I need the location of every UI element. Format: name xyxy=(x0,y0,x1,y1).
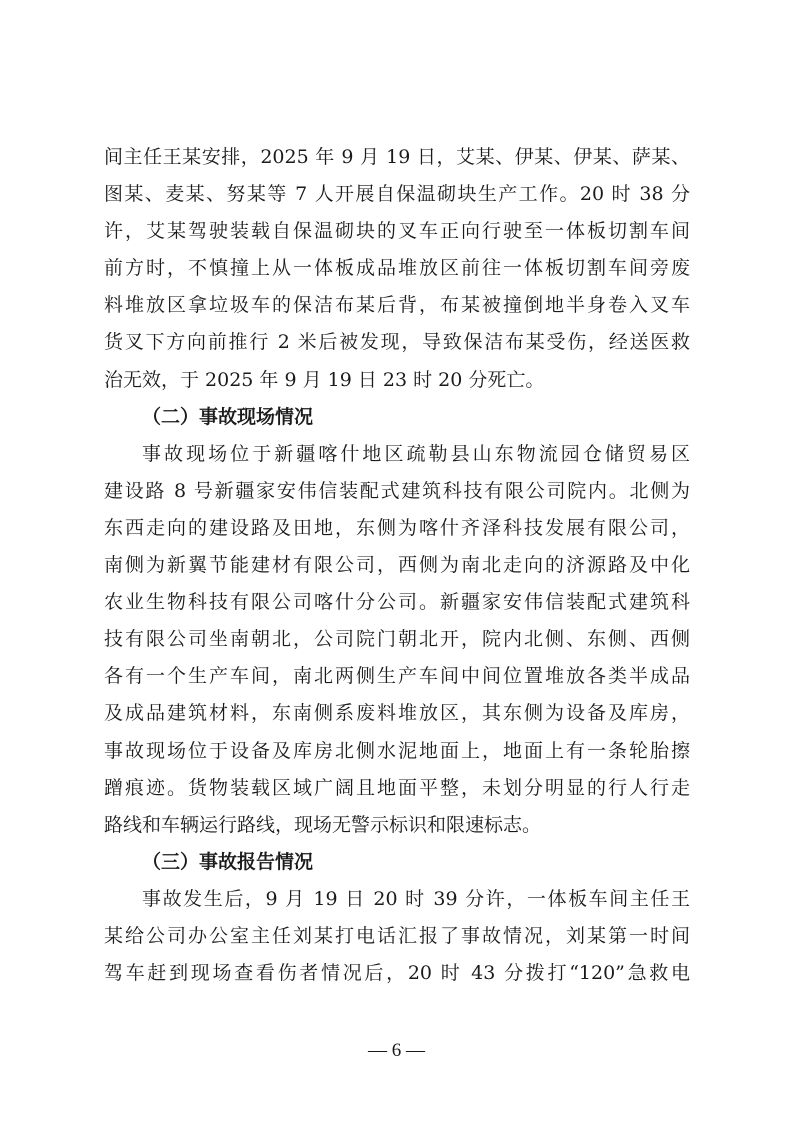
page-number: — 6 — xyxy=(0,1040,793,1062)
text-line: 南侧为新翼节能建材有限公司，西侧为南北走向的济源路及中化 xyxy=(104,547,690,584)
section-heading-report: （三）事故报告情况 xyxy=(104,844,690,881)
text-line: 各有一个生产车间，南北两侧生产车间中间位置堆放各类半成品 xyxy=(104,658,690,695)
text-line: 驾车赶到现场查看伤者情况后，20 时 43 分拨打“120”急救电 xyxy=(104,955,690,992)
text-line: 前方时，不慎撞上从一体板成品堆放区前往一体板切割车间旁废 xyxy=(104,250,690,287)
text-line: 事故现场位于设备及库房北侧水泥地面上，地面上有一条轮胎擦 xyxy=(104,733,690,770)
text-line: 蹭痕迹。货物装载区域广阔且地面平整，未划分明显的行人行走 xyxy=(104,770,690,807)
accident-scene-paragraph: 事故现场位于新疆喀什地区疏勒县山东物流园仓储贸易区 建设路 8 号新疆家安伟信装… xyxy=(104,436,690,844)
text-line: 东西走向的建设路及田地，东侧为喀什齐泽科技发展有限公司， xyxy=(104,510,690,547)
text-line: 图某、麦某、努某等 7 人开展自保温砌块生产工作。20 时 38 分 xyxy=(104,176,690,213)
text-line: 技有限公司坐南朝北，公司院门朝北开，院内北侧、东侧、西侧 xyxy=(104,621,690,658)
text-line: 货叉下方向前推行 2 米后被发现，导致保洁布某受伤，经送医救 xyxy=(104,324,690,361)
text-line: 某给公司办公室主任刘某打电话汇报了事故情况，刘某第一时间 xyxy=(104,918,690,955)
text-line: 路线和车辆运行路线，现场无警示标识和限速标志。 xyxy=(104,807,690,844)
text-line: 许，艾某驾驶装载自保温砌块的叉车正向行驶至一体板切割车间 xyxy=(104,213,690,250)
text-line: 农业生物科技有限公司喀什分公司。新疆家安伟信装配式建筑科 xyxy=(104,584,690,621)
accident-report-paragraph: 事故发生后，9 月 19 日 20 时 39 分许，一体板车间主任王 某给公司办… xyxy=(104,881,690,992)
text-line: 及成品建筑材料，东南侧系废料堆放区，其东侧为设备及库房， xyxy=(104,695,690,732)
text-line: 间主任王某安排，2025 年 9 月 19 日，艾某、伊某、伊某、萨某、 xyxy=(104,139,690,176)
accident-process-paragraph: 间主任王某安排，2025 年 9 月 19 日，艾某、伊某、伊某、萨某、 图某、… xyxy=(104,139,690,399)
text-line: 建设路 8 号新疆家安伟信装配式建筑科技有限公司院内。北侧为 xyxy=(104,473,690,510)
text-line: 料堆放区拿垃圾车的保洁布某后背，布某被撞倒地半身卷入叉车 xyxy=(104,287,690,324)
document-page: 间主任王某安排，2025 年 9 月 19 日，艾某、伊某、伊某、萨某、 图某、… xyxy=(0,0,793,1122)
text-line: 治无效，于 2025 年 9 月 19 日 23 时 20 分死亡。 xyxy=(104,362,690,399)
document-body: 间主任王某安排，2025 年 9 月 19 日，艾某、伊某、伊某、萨某、 图某、… xyxy=(104,139,690,992)
section-heading-scene: （二）事故现场情况 xyxy=(104,399,690,436)
text-line: 事故发生后，9 月 19 日 20 时 39 分许，一体板车间主任王 xyxy=(104,881,690,918)
text-line: 事故现场位于新疆喀什地区疏勒县山东物流园仓储贸易区 xyxy=(104,436,690,473)
